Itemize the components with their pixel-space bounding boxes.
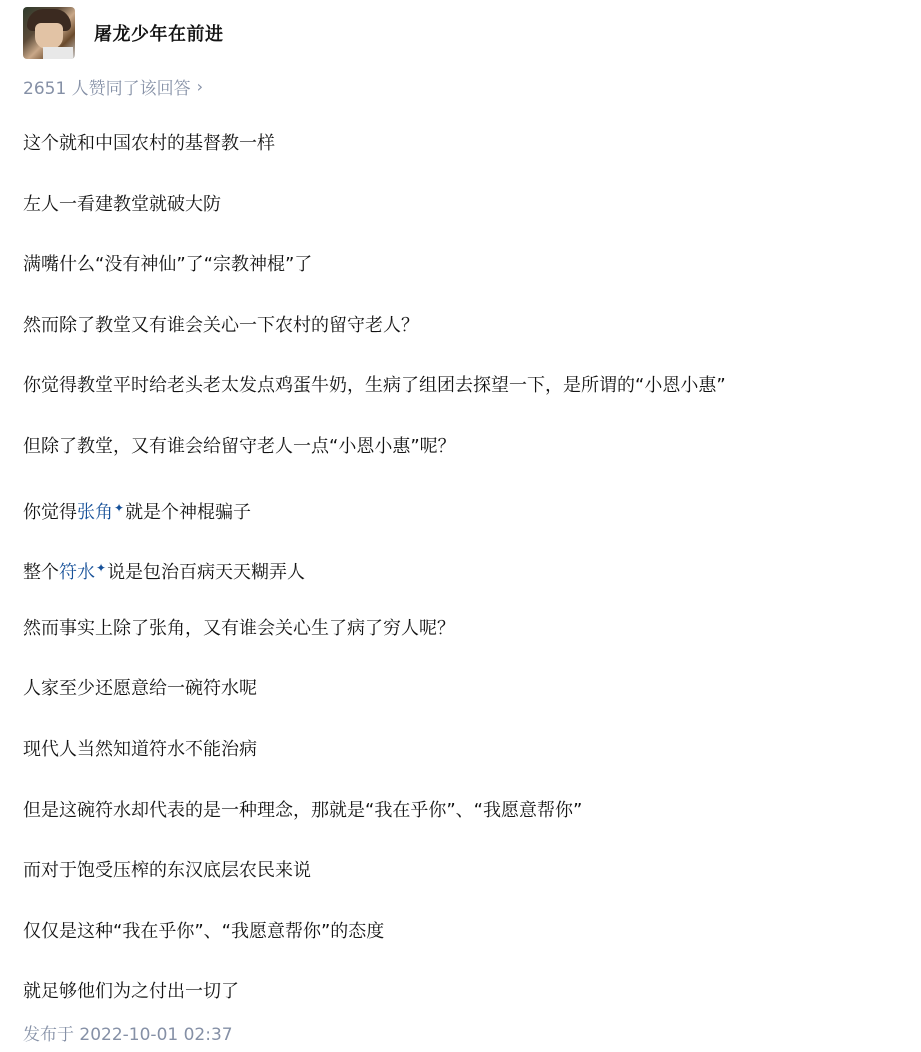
vote-count-text: 2651 人赞同了该回答 xyxy=(23,74,191,99)
keyword-link-fushui[interactable]: 符水 xyxy=(59,562,95,583)
paragraph: 你觉得教堂平时给老头老太发点鸡蛋牛奶，生病了组团去探望一下，是所谓的“小恩小惠” xyxy=(23,368,903,404)
answer-content: 这个就和中国农村的基督教一样 左人一看建教堂就破大防 满嘴什么“没有神仙”了“宗… xyxy=(23,126,903,1035)
paragraph-text: 就是个神棍骗子 xyxy=(125,502,251,523)
paragraph: 这个就和中国农村的基督教一样 xyxy=(23,126,903,162)
author-name[interactable]: 屠龙少年在前进 xyxy=(94,20,224,46)
author-header: 屠龙少年在前进 xyxy=(23,7,224,59)
paragraph-text: 说是包治百病天天糊弄人 xyxy=(107,562,305,583)
avatar[interactable] xyxy=(23,7,75,59)
paragraph: 人家至少还愿意给一碗符水呢 xyxy=(23,671,903,707)
vote-count-link[interactable]: 2651 人赞同了该回答 › xyxy=(23,74,203,99)
paragraph: 左人一看建教堂就破大防 xyxy=(23,187,903,223)
paragraph: 但除了教堂，又有谁会给留守老人一点“小恩小惠”呢？ xyxy=(23,429,903,465)
paragraph: 然而事实上除了张角，又有谁会关心生了病了穷人呢？ xyxy=(23,611,903,647)
paragraph: 但是这碗符水却代表的是一种理念，那就是“我在乎你”、“我愿意帮你” xyxy=(23,793,903,829)
paragraph: 你觉得张角✦就是个神棍骗子 xyxy=(23,490,903,526)
paragraph: 现代人当然知道符水不能治病 xyxy=(23,732,903,768)
paragraph-text: 整个 xyxy=(23,562,59,583)
avatar-face-shape xyxy=(35,23,63,49)
paragraph: 满嘴什么“没有神仙”了“宗教神棍”了 xyxy=(23,247,903,283)
chevron-right-icon: › xyxy=(197,77,203,96)
paragraph: 就足够他们为之付出一切了 xyxy=(23,974,903,1010)
keyword-link-zhangjiao[interactable]: 张角 xyxy=(77,502,113,523)
publish-time[interactable]: 发布于 2022-10-01 02:37 xyxy=(23,1020,233,1045)
sparkle-icon: ✦ xyxy=(96,561,106,575)
paragraph: 而对于饱受压榨的东汉底层农民来说 xyxy=(23,853,903,889)
paragraph: 整个符水✦说是包治百病天天糊弄人 xyxy=(23,550,903,586)
paragraph: 仅仅是这种“我在乎你”、“我愿意帮你”的态度 xyxy=(23,914,903,950)
avatar-collar-shape xyxy=(43,47,73,59)
sparkle-icon: ✦ xyxy=(114,501,124,515)
paragraph-text: 你觉得 xyxy=(23,502,77,523)
paragraph: 然而除了教堂又有谁会关心一下农村的留守老人？ xyxy=(23,308,903,344)
